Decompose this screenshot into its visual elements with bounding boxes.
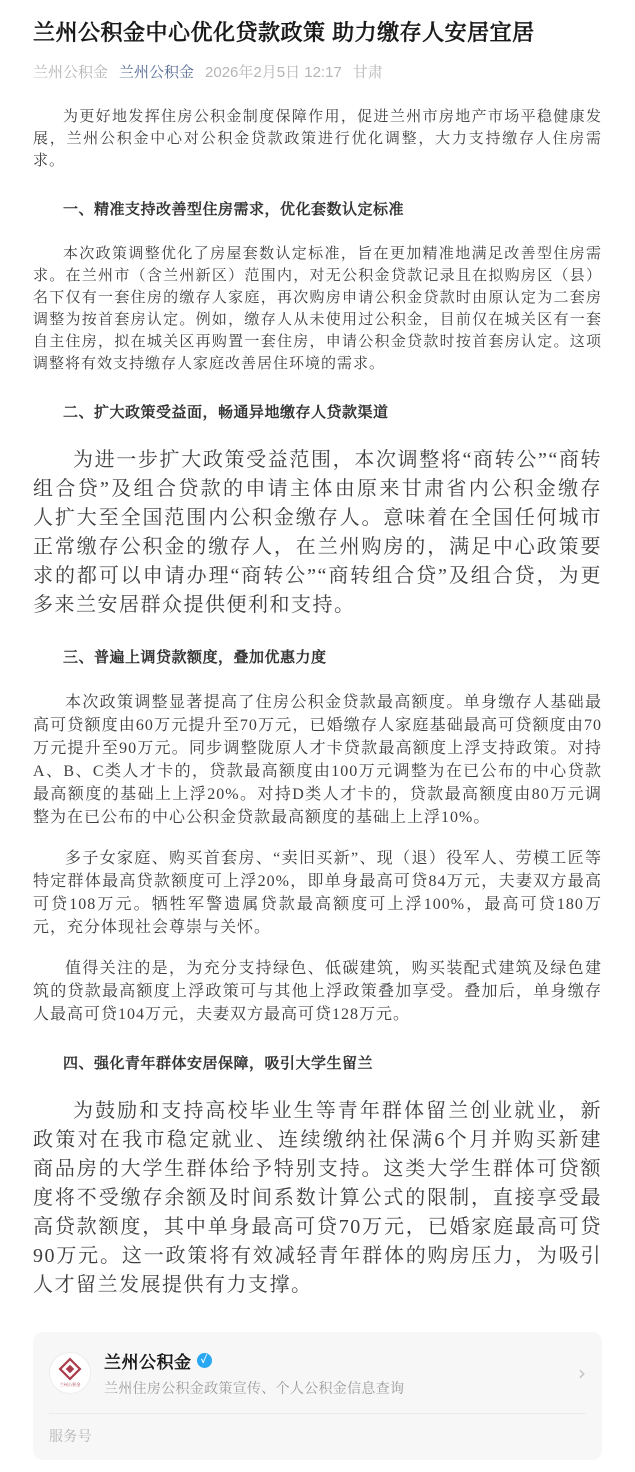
official-account-card[interactable]: 兰州公积金 兰州公积金 ✓ 兰州住房公积金政策宣传、个人公积金信息查询 › 服务… (33, 1332, 602, 1460)
paragraph-section1: 本次政策调整优化了房屋套数认定标准，旨在更加精准地满足改善型住房需求。在兰州市（… (33, 243, 602, 375)
section-heading-3: 三、普遍上调贷款额度，叠加优惠力度 (33, 646, 602, 667)
byline: 兰州公积金 兰州公积金 2026年2月5日 12:17 甘肃 (33, 61, 602, 82)
lanzhou-gongjijin-logo-icon: 兰州公积金 (50, 1353, 90, 1393)
chevron-right-icon[interactable]: › (578, 1363, 586, 1383)
paragraph-section4: 为鼓励和支持高校毕业生等青年群体留兰创业就业，新政策对在我市稳定就业、连续缴纳社… (33, 1097, 602, 1300)
verified-badge-icon: ✓ (197, 1353, 212, 1368)
account-name: 兰州公积金 (104, 1348, 192, 1373)
article-title: 兰州公积金中心优化贷款政策 助力缴存人安居宜居 (33, 18, 602, 49)
paragraph-section3-groups: 多子女家庭、购买首套房、“卖旧买新”、现（退）役军人、劳模工匠等特定群体最高贷款… (33, 847, 602, 939)
section-heading-2: 二、扩大政策受益面，畅通异地缴存人贷款渠道 (33, 401, 602, 422)
paragraph-section2: 为进一步扩大政策受益范围，本次调整将“商转公”“商转组合贷”及组合贷款的申请主体… (33, 446, 602, 620)
account-card-info: 兰州公积金 ✓ 兰州住房公积金政策宣传、个人公积金信息查询 (104, 1348, 404, 1398)
publish-region: 甘肃 (353, 61, 383, 82)
author-name: 兰州公积金 (33, 61, 108, 82)
svg-text:兰州公积金: 兰州公积金 (60, 1381, 82, 1388)
publish-datetime: 2026年2月5日 12:17 (205, 61, 342, 82)
official-account-link[interactable]: 兰州公积金 (119, 61, 194, 82)
paragraph-section3-green: 值得关注的是，为充分支持绿色、低碳建筑，购买装配式建筑及绿色建筑的贷款最高额度上… (33, 957, 602, 1026)
paragraph-intro: 为更好地发挥住房公积金制度保障作用，促进兰州市房地产市场平稳健康发展，兰州公积金… (33, 106, 602, 172)
section-heading-1: 一、精准支持改善型住房需求，优化套数认定标准 (33, 198, 602, 219)
account-card-header: 兰州公积金 兰州公积金 ✓ 兰州住房公积金政策宣传、个人公积金信息查询 › (49, 1348, 586, 1398)
paragraph-section3-limits: 本次政策调整显著提高了住房公积金贷款最高额度。单身缴存人基础最高可贷额度由60万… (33, 691, 602, 829)
article-page: 兰州公积金中心优化贷款政策 助力缴存人安居宜居 兰州公积金 兰州公积金 2026… (0, 18, 635, 1460)
official-account-avatar: 兰州公积金 (49, 1352, 91, 1394)
account-type-label: 服务号 (49, 1414, 586, 1460)
account-description: 兰州住房公积金政策宣传、个人公积金信息查询 (104, 1378, 404, 1398)
section-heading-4: 四、强化青年群体安居保障，吸引大学生留兰 (33, 1052, 602, 1073)
